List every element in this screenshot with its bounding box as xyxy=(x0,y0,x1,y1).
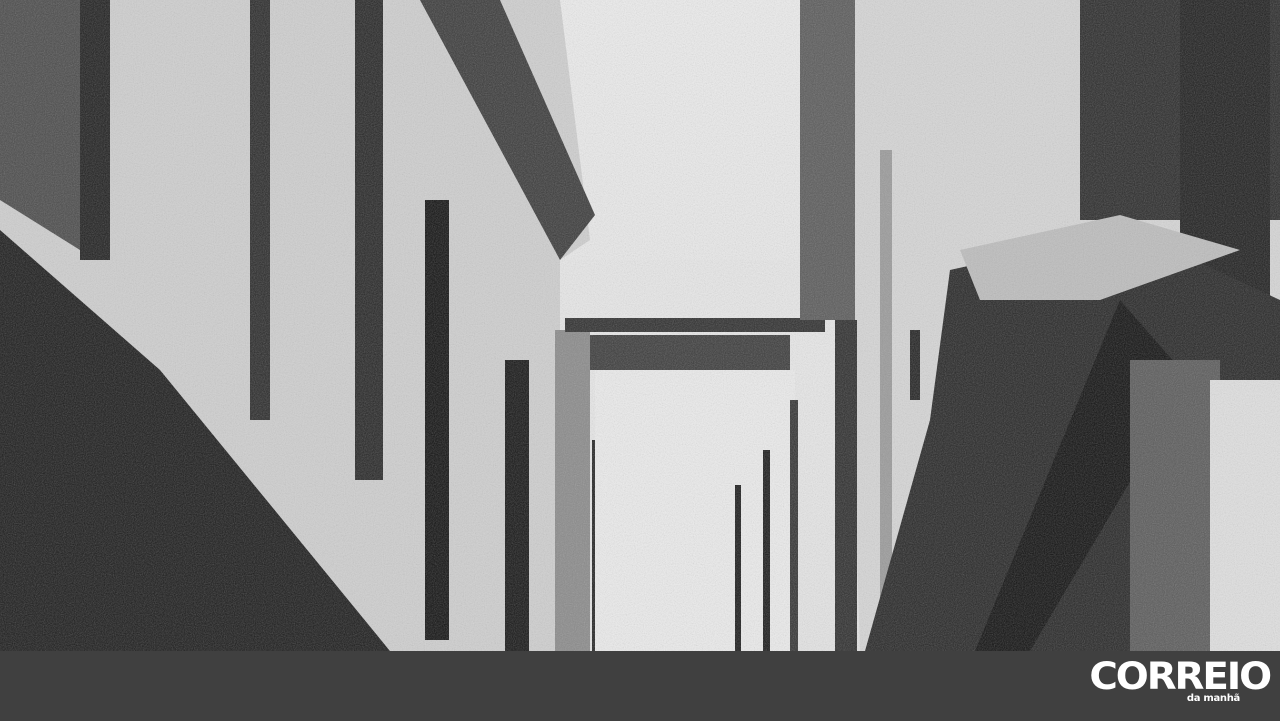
alley-photo xyxy=(0,0,1280,651)
brand-name: CORREIO xyxy=(1089,657,1270,697)
alley-photo-drawing xyxy=(0,0,1280,651)
footer-bar: CORREIO da manhã xyxy=(0,651,1280,721)
brand-logo[interactable]: CORREIO da manhã xyxy=(1080,655,1270,709)
brand-tagline: da manhã xyxy=(1187,693,1240,704)
